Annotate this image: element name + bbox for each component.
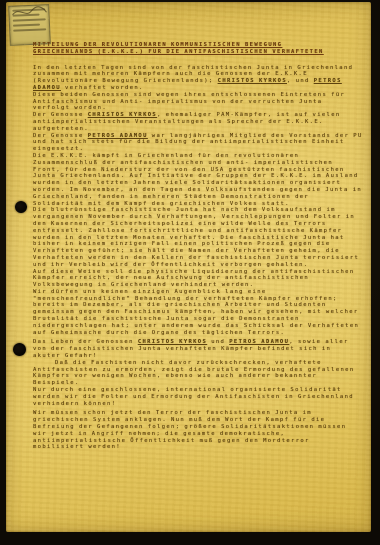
paragraph: In den letzten Tagen sind von der faschi… (33, 65, 363, 92)
text-segment: und (207, 339, 229, 345)
paragraph: Das Leben der Genossen CHRISTOS KYRKOS u… (33, 339, 363, 359)
scan-background: MITTEILUNG DER REVOLUTIONÄREN KOMMUNISTI… (0, 0, 380, 545)
punch-hole-bottom (13, 343, 26, 356)
title-line: GRIECHENLANDS (E.K.K.E.) FÜR DIE ANTIFAS… (33, 49, 363, 56)
text-segment: Die blutrünstige faschistische Junta hat… (33, 207, 359, 267)
text-segment: Der Genosse (33, 112, 88, 118)
text-segment: verhaftet worden. (61, 85, 144, 91)
text-segment: Das Leben der Genossen (33, 339, 138, 345)
title-line: MITTEILUNG DER REVOLUTIONÄREN KOMMUNISTI… (33, 42, 363, 49)
typewritten-content: MITTEILUNG DER REVOLUTIONÄREN KOMMUNISTI… (33, 42, 363, 451)
paragraph: Diese beiden Genossen sind wegen ihres e… (33, 92, 363, 112)
document-title: MITTEILUNG DER REVOLUTIONÄREN KOMMUNISTI… (33, 42, 363, 56)
text-segment: Auf diese Weise soll die physische Liqui… (33, 269, 355, 289)
underlined-name: CHRISTOS KYRKOS (218, 78, 287, 84)
text-segment: Die E.K.K.E. kämpft in Griechenland für … (33, 153, 362, 207)
underlined-name: CHRISTOS KYRKOS (138, 339, 207, 345)
text-segment: , und (287, 78, 314, 84)
underlined-name: PETROS ADAMOU (88, 133, 148, 139)
paragraph: Die E.K.K.E. kämpft in Griechenland für … (33, 153, 363, 207)
document-paper: MITTEILUNG DER REVOLUTIONÄREN KOMMUNISTI… (6, 2, 371, 532)
text-segment: Wir dürfen uns keinen einzigen Augenblic… (33, 289, 359, 336)
text-segment: Diese beiden Genossen sind wegen ihres e… (33, 92, 345, 112)
paragraph: Die blutrünstige faschistische Junta hat… (33, 207, 363, 268)
paragraph: Der Genosse PETROS ADAMOU war langjährig… (33, 133, 363, 153)
document-body: In den letzten Tagen sind von der faschi… (33, 65, 363, 452)
punch-hole-top (15, 201, 27, 213)
text-segment: Daß die Faschisten nicht davor zurücksch… (33, 360, 355, 386)
paragraph: Wir dürfen uns keinen einzigen Augenblic… (33, 289, 363, 337)
paragraph: Wir müssen schon jetzt den Terror der fa… (33, 410, 363, 451)
paragraph: Daß die Faschisten nicht davor zurücksch… (33, 360, 363, 387)
text-segment: Der Genosse (33, 133, 88, 139)
underlined-name: CHRISTOS KYRKOS (88, 112, 157, 118)
paragraph: Auf diese Weise soll die physische Liqui… (33, 269, 363, 289)
text-segment: Wir müssen schon jetzt den Terror der fa… (33, 410, 346, 450)
text-segment: Nur durch eine geschlossene, internation… (33, 387, 354, 407)
handwriting-scribble (9, 3, 50, 43)
underlined-name: PETROS ADAMOU (229, 339, 289, 345)
paragraph: Der Genosse CHRISTOS KYRKOS, ehemaliger … (33, 112, 363, 132)
paragraph: Nur durch eine geschlossene, internation… (33, 387, 363, 407)
archive-stamp (8, 4, 51, 46)
